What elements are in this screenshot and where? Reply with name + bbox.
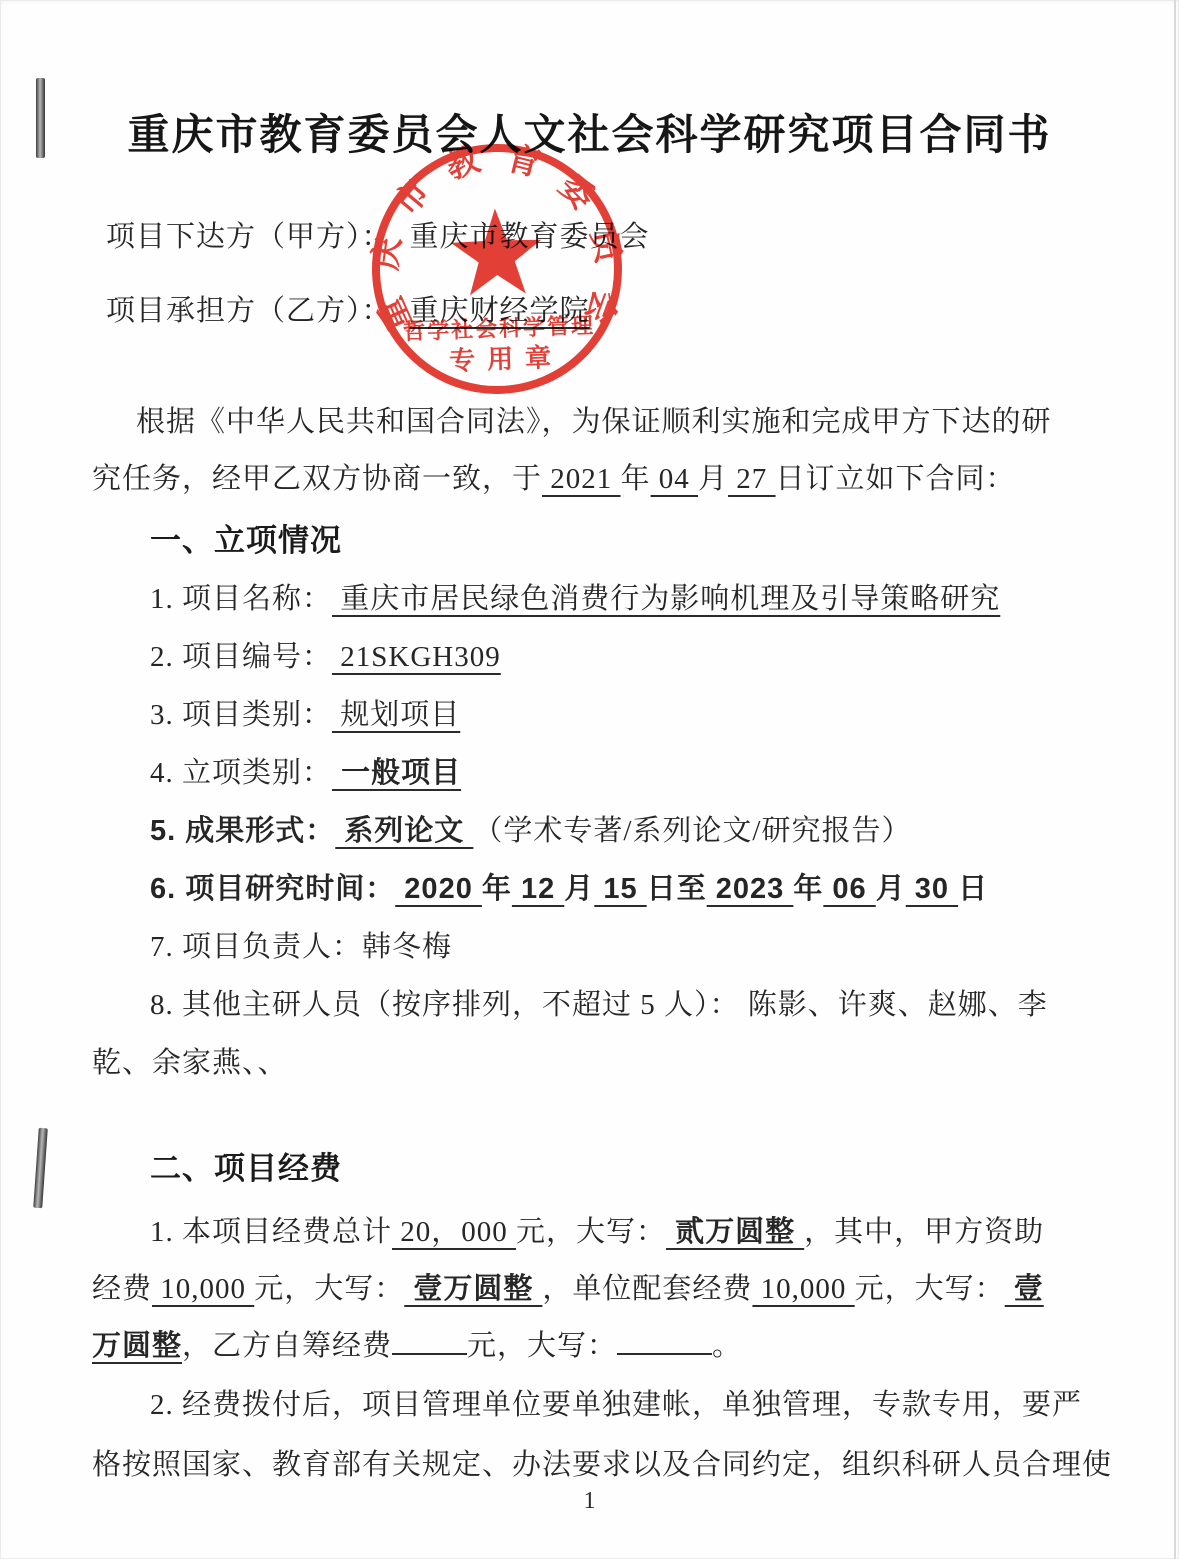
text-segment: 系列论文	[335, 815, 473, 847]
text-segment: ，乙方自筹经费	[182, 1330, 392, 1362]
text-segment: 元，大写：	[516, 1216, 666, 1248]
text-segment: 元，大写：	[467, 1330, 617, 1362]
text-segment: 年	[621, 463, 651, 495]
scan-edge-line	[1174, 0, 1176, 1559]
text-segment: 日	[958, 873, 988, 905]
party-a-label: 项目下达方（甲方）：	[106, 221, 392, 253]
party-b-value: 重庆财经学院	[410, 295, 590, 327]
text-segment: 3. 项目类别：	[150, 699, 332, 731]
section-2-heading: 二、项目经费	[150, 1148, 1089, 1190]
intro-paragraph: 根据《中华人民共和国合同法》，为保证顺利实施和完成甲方下达的研 究任务，经甲乙双…	[92, 394, 1089, 508]
text-segment: 日至	[647, 873, 707, 905]
text-segment	[617, 1329, 712, 1355]
funding-line-3: 万圆整，乙方自筹经费元，大写：。	[92, 1318, 1089, 1375]
text-segment: 经费	[92, 1273, 152, 1305]
item-result-form: 5. 成果形式： 系列论文 （学术专著/系列论文/研究报告）	[92, 802, 1089, 860]
document-title: 重庆市教育委员会人文社会科学研究项目合同书	[70, 108, 1109, 162]
stamp-arc-char: 委	[552, 167, 602, 216]
item-project-number: 2. 项目编号： 21SKGH309	[92, 628, 1089, 686]
text-segment	[392, 1329, 467, 1355]
text-segment: 2023	[707, 873, 794, 905]
party-a-value: 重庆市教育委员会	[410, 221, 650, 253]
text-segment: 21SKGH309	[332, 641, 501, 673]
text-segment: 12	[512, 873, 564, 905]
scanned-contract-page: 重庆市教育委员会人文社会科学研究项目合同书 项目下达方（甲方）：重庆市教育委员会…	[0, 0, 1179, 1559]
text-segment: （学术专著/系列论文/研究报告）	[473, 815, 911, 847]
page-number: 1	[0, 1488, 1179, 1515]
text-segment: 27	[728, 463, 776, 495]
text-segment: 贰万圆整	[666, 1216, 804, 1248]
text-segment: 月	[564, 873, 594, 905]
text-segment: 10,000	[752, 1273, 854, 1305]
text-segment: 10,000	[152, 1273, 254, 1305]
text-segment: 年	[793, 873, 823, 905]
text-segment: 1. 项目名称：	[150, 583, 332, 615]
intro-line-1: 根据《中华人民共和国合同法》，为保证顺利实施和完成甲方下达的研	[92, 394, 1089, 451]
item-other-researchers: 8. 其他主研人员（按序排列，不超过 5 人）： 陈影、许爽、赵娜、李	[92, 976, 1089, 1034]
text-segment: 月	[698, 463, 728, 495]
funding-mgmt-line-2: 格按照国家、教育部有关规定、办法要求以及合同约定，组织科研人员合理使	[92, 1435, 1089, 1495]
text-segment: 30	[906, 873, 958, 905]
text-segment: 月	[876, 873, 906, 905]
text-segment: 5. 成果形式：	[150, 815, 335, 847]
text-segment: 2021	[542, 463, 621, 495]
scan-binding-mark-bottom	[33, 1128, 48, 1208]
text-segment: 壹	[1005, 1273, 1044, 1305]
item-other-researchers-wrap: 乾、余家燕、、	[92, 1034, 1089, 1092]
funding-paragraph: 1. 本项目经费总计 20，000 元，大写： 贰万圆整 ，其中，甲方资助 经费…	[92, 1204, 1089, 1375]
party-b-label: 项目承担方（乙方）：	[106, 295, 392, 327]
funding-mgmt-line-1: 2. 经费拨付后，项目管理单位要单独建帐，单独管理，专款专用，要严	[92, 1375, 1089, 1435]
text-segment: 20，000	[392, 1216, 516, 1248]
item-project-name: 1. 项目名称： 重庆市居民绿色消费行为影响机理及引导策略研究	[92, 570, 1089, 628]
text-segment: 2. 经费拨付后，项目管理单位要单独建帐，单独管理，专款专用，要严	[150, 1389, 1082, 1421]
section-1-heading: 一、立项情况	[150, 520, 1089, 562]
text-segment: 7. 项目负责人：韩冬梅	[150, 931, 452, 963]
text-segment: 乾、余家燕、、	[92, 1047, 288, 1079]
text-segment: 2. 项目编号：	[150, 641, 332, 673]
text-segment: 4. 立项类别：	[150, 757, 332, 789]
section-1-items: 1. 项目名称： 重庆市居民绿色消费行为影响机理及引导策略研究 2. 项目编号：…	[92, 570, 1089, 1092]
funding-management-paragraph: 2. 经费拨付后，项目管理单位要单独建帐，单独管理，专款专用，要严 格按照国家、…	[92, 1375, 1089, 1495]
text-segment: 8. 其他主研人员（按序排列，不超过 5 人）： 陈影、许爽、赵娜、李	[150, 989, 1048, 1021]
text-segment: ，单位配套经费	[542, 1273, 752, 1305]
text-segment: ，其中，甲方资助	[804, 1216, 1044, 1248]
text-segment: 壹万圆整	[404, 1273, 542, 1305]
text-segment: 根据《中华人民共和国合同法》，为保证顺利实施和完成甲方下达的研	[136, 406, 1052, 438]
text-segment: 重庆市居民绿色消费行为影响机理及引导策略研究	[332, 583, 1000, 615]
item-project-leader: 7. 项目负责人：韩冬梅	[92, 918, 1089, 976]
text-segment: 元，大写：	[254, 1273, 404, 1305]
intro-line-2: 究任务，经甲乙双方协商一致，于 2021 年 04 月 27 日订立如下合同：	[92, 451, 1089, 508]
text-segment: 日订立如下合同：	[776, 463, 1016, 495]
funding-line-2: 经费 10,000 元，大写： 壹万圆整 ，单位配套经费 10,000 元，大写…	[92, 1261, 1089, 1318]
text-segment: 15	[594, 873, 646, 905]
stamp-arc-char: 市	[387, 173, 437, 222]
item-research-period: 6. 项目研究时间： 2020 年 12 月 15 日至 2023 年 06 月…	[92, 860, 1089, 918]
item-approval-category: 4. 立项类别： 一般项目	[92, 744, 1089, 802]
document-body: 项目下达方（甲方）：重庆市教育委员会 项目承担方（乙方）：重庆财经学院 根据《中…	[92, 216, 1089, 1495]
text-segment: 1. 本项目经费总计	[150, 1216, 392, 1248]
text-segment: 。	[712, 1330, 742, 1362]
item-project-category: 3. 项目类别： 规划项目	[92, 686, 1089, 744]
party-a-line: 项目下达方（甲方）：重庆市教育委员会	[106, 216, 1089, 258]
text-segment: 究任务，经甲乙双方协商一致，于	[92, 463, 542, 495]
text-segment: 06	[823, 873, 875, 905]
text-segment: 规划项目	[332, 699, 460, 731]
text-segment: 04	[651, 463, 699, 495]
text-segment: 格按照国家、教育部有关规定、办法要求以及合同约定，组织科研人员合理使	[92, 1449, 1112, 1481]
party-b-line: 项目承担方（乙方）：重庆财经学院	[106, 290, 1089, 332]
text-segment: 一般项目	[332, 757, 461, 789]
text-segment: 元，大写：	[855, 1273, 1005, 1305]
funding-line-1: 1. 本项目经费总计 20，000 元，大写： 贰万圆整 ，其中，甲方资助	[92, 1204, 1089, 1261]
text-segment: 万圆整	[92, 1330, 182, 1362]
scan-binding-mark-top	[36, 78, 45, 158]
text-segment: 年	[482, 873, 512, 905]
text-segment: 2020	[395, 873, 482, 905]
text-segment: 6. 项目研究时间：	[150, 873, 395, 905]
